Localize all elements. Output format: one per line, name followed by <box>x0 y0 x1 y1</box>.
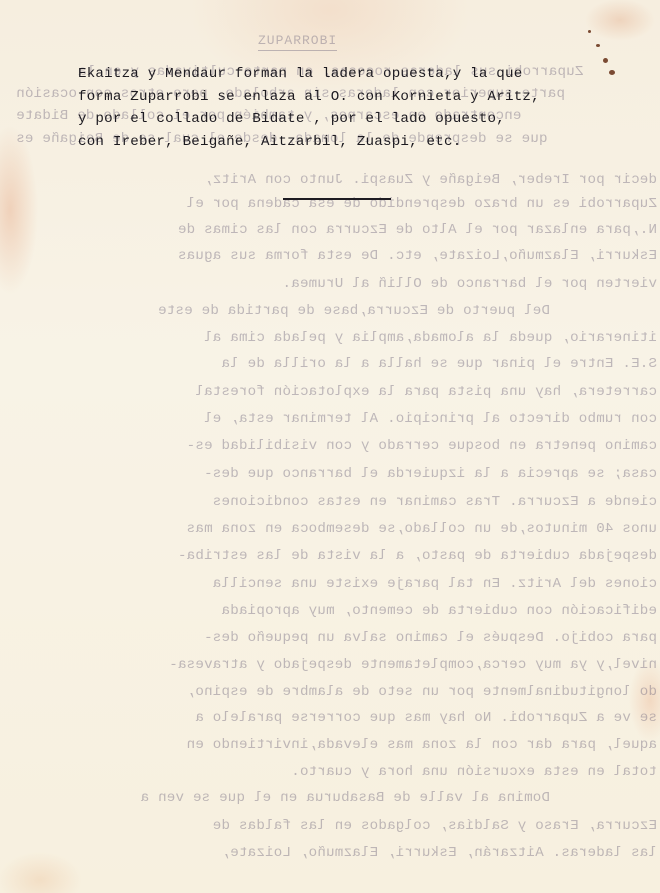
bleed-line: para cobijo. Después el camino salva un … <box>204 630 657 646</box>
bleed-line: Del puerto de Ezcurra,base de partida de… <box>158 303 550 319</box>
bleed-line: aquel, para dar con la zona mas elevada,… <box>186 737 657 753</box>
document-page: ZUPARROBI Zuparrobi sus laderas rocosas,… <box>0 0 660 893</box>
typed-line: y por el collado de Bidate , por el lado… <box>78 108 540 131</box>
bleed-line: casa; se aprecia a la izquierda el barra… <box>204 466 657 482</box>
bleed-line: unos 40 minutos,de un collado,se desembo… <box>186 521 657 537</box>
bleed-line: decir por Ireber, Beigañe y Zuaspi. Junt… <box>204 172 657 188</box>
bleed-line: ciende a Ezcurra. Tras caminar en estas … <box>213 494 657 510</box>
bleed-line: edificación con cubierta de cemento, muy… <box>221 603 657 619</box>
bleed-line: camino penetra en bosque cerrado y con v… <box>186 438 657 454</box>
bleed-line: despejada cubierta de pasto, a la vista … <box>178 548 657 564</box>
bleed-line: total en esta excursión una hora y cuart… <box>291 764 657 780</box>
typed-line: forma Zuparrobi se enlaza al O. con Korn… <box>78 86 540 109</box>
stain-speck <box>603 58 608 63</box>
bleed-line: se ve a Zuparrobi. No hay mas que correr… <box>195 710 657 726</box>
bleed-line: Ezcurra, Eraso y Saldías, colgados en la… <box>213 818 657 834</box>
bleed-line: Domina al valle de Basaburua en el que s… <box>140 790 550 806</box>
typed-line: Ekaitza y Mendaur forman la ladera opues… <box>78 63 540 86</box>
bleed-line: ciones del Aritz. En tal paraje existe u… <box>213 576 657 592</box>
stain-speck <box>609 70 615 75</box>
bleed-line: nivel,y ya muy cerca,completamente despe… <box>169 657 657 673</box>
bleed-line: S.E. Entre el pinar que se halla a la or… <box>221 356 657 372</box>
bleed-line: Zuparrobi es un brazo desprendido de esa… <box>186 196 657 212</box>
typed-line: con Ireber, Beigañe, Aitzarbil, Zuaspi, … <box>78 131 540 154</box>
bleed-line: Eskurri, Elazmuño,Loizate, etc. De esta … <box>178 248 657 264</box>
typed-paragraph: Ekaitza y Mendaur forman la ladera opues… <box>78 63 540 153</box>
bleed-line: las laderas. Aitzarán, Eskurri, Elazmuño… <box>221 845 657 861</box>
stain-speck <box>596 44 600 47</box>
underline-mark <box>283 198 391 200</box>
bleed-line: N.,para enlazar por el Alto de Ezcurra c… <box>178 222 657 238</box>
bleed-line: vierten por el barranco de Olliñ al Urum… <box>282 276 657 292</box>
bleed-line: do longitudinalmente por un seto de alam… <box>186 684 657 700</box>
bleed-line: carretera, hay una pista para la explota… <box>195 384 657 400</box>
bleed-line: con rumbo directo al principio. Al termi… <box>204 411 657 427</box>
stain-speck <box>588 30 591 33</box>
bleed-line: itinerario, queda la alomada,amplia y pe… <box>204 330 657 346</box>
